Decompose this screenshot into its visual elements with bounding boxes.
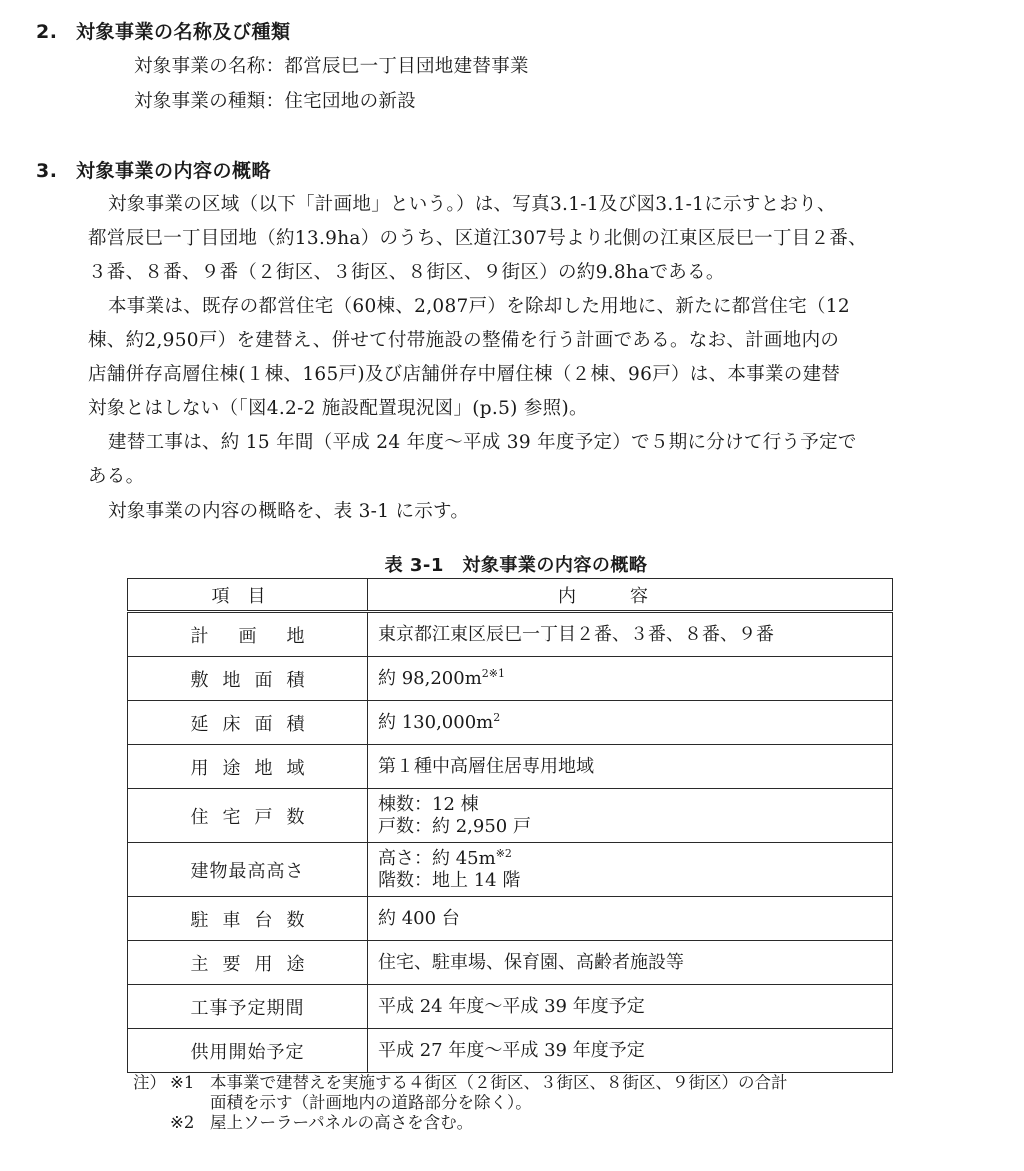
- table-row: 供用開始予定 平成 27 年度～平成 39 年度予定: [128, 1029, 893, 1073]
- column-header-content: 内容: [368, 579, 893, 612]
- table-row: 住宅戸数 棟数：12 棟 戸数：約 2,950 戸: [128, 789, 893, 843]
- row-value: 高さ：約 45m※2 階数：地上 14 階: [368, 843, 893, 897]
- row-value: 約 98,200m2※1: [368, 657, 893, 701]
- summary-table: 項目 内容 計画地 東京都江東区辰巳一丁目２番、３番、８番、９番 敷地面積 約 …: [127, 578, 893, 1073]
- section-number: 3.: [36, 160, 76, 182]
- paragraph-line: ３番、８番、９番（２街区、３街区、８街区、９街区）の約9.8haである。: [88, 258, 725, 284]
- paragraph-line: 対象事業の内容の概略を、表 3-1 に示す。: [108, 497, 469, 523]
- section-title: 対象事業の名称及び種類: [76, 21, 291, 43]
- paragraph-line: 棟、約2,950戸）を建替え、併せて付帯施設の整備を行う計画である。なお、計画地…: [88, 326, 839, 352]
- table-row: 延床面積 約 130,000m2: [128, 701, 893, 745]
- row-label: 工事予定期間: [128, 985, 368, 1029]
- section-2-heading: 2.対象事業の名称及び種類: [36, 17, 291, 44]
- row-label: 計画地: [128, 612, 368, 657]
- project-type-line: 対象事業の種類：住宅団地の新設: [134, 87, 416, 113]
- table-row: 建物最高高さ 高さ：約 45m※2 階数：地上 14 階: [128, 843, 893, 897]
- value-line: 戸数：約 2,950 戸: [378, 816, 892, 838]
- project-name-line: 対象事業の名称：都営辰巳一丁目団地建替事業: [134, 52, 529, 78]
- table-notes: 注） ※1 本事業で建替えを実施する４街区（２街区、３街区、８街区、９街区）の合…: [133, 1073, 788, 1133]
- value-line: 棟数：12 棟: [378, 794, 892, 816]
- row-value: 平成 27 年度～平成 39 年度予定: [368, 1029, 893, 1073]
- note-mark: ※2: [133, 1113, 210, 1133]
- paragraph-line: 対象事業の区域（以下「計画地」という。）は、写真3.1-1及び図3.1-1に示す…: [108, 190, 836, 216]
- table-row: 計画地 東京都江東区辰巳一丁目２番、３番、８番、９番: [128, 612, 893, 657]
- table-row: 主要用途 住宅、駐車場、保育園、高齢者施設等: [128, 941, 893, 985]
- document-page: 2.対象事業の名称及び種類 対象事業の名称：都営辰巳一丁目団地建替事業 対象事業…: [0, 0, 1024, 1171]
- row-value: 東京都江東区辰巳一丁目２番、３番、８番、９番: [368, 612, 893, 657]
- paragraph-line: 都営辰巳一丁目団地（約13.9ha）のうち、区道江307号より北側の江東区辰巳一…: [88, 224, 867, 250]
- row-value: 約 400 台: [368, 897, 893, 941]
- row-value: 平成 24 年度～平成 39 年度予定: [368, 985, 893, 1029]
- section-3-heading: 3.対象事業の内容の概略: [36, 156, 271, 183]
- value-line: 高さ：約 45m※2: [378, 848, 892, 870]
- paragraph-line: ある。: [88, 462, 144, 488]
- paragraph-line: 対象とはしない（「図4.2-2 施設配置現況図」(p.5) 参照)。: [88, 394, 588, 420]
- paragraph-line: 本事業は、既存の都営住宅（60棟、2,087戸）を除却した用地に、新たに都営住宅…: [108, 292, 850, 318]
- row-value: 棟数：12 棟 戸数：約 2,950 戸: [368, 789, 893, 843]
- row-value: 約 130,000m2: [368, 701, 893, 745]
- table-header-row: 項目 内容: [128, 579, 893, 612]
- paragraph-line: 店舗併存高層住棟(１棟、165戸)及び店舗併存中層住棟（２棟、96戸）は、本事業…: [88, 360, 840, 386]
- section-title: 対象事業の内容の概略: [76, 160, 271, 182]
- footnote-ref: 2※1: [482, 667, 505, 680]
- row-label: 建物最高高さ: [128, 843, 368, 897]
- row-label: 用途地域: [128, 745, 368, 789]
- section-number: 2.: [36, 21, 76, 43]
- table-caption: 表 3-1 対象事業の内容の概略: [0, 551, 1024, 577]
- column-header-item: 項目: [128, 579, 368, 612]
- note-text: 屋上ソーラーパネルの高さを含む。: [210, 1113, 473, 1133]
- note-1-continuation: 面積を示す（計画地内の道路部分を除く）。: [133, 1093, 788, 1113]
- notes-label: 注）: [133, 1073, 170, 1093]
- table-row: 駐車台数 約 400 台: [128, 897, 893, 941]
- value-line: 階数：地上 14 階: [378, 870, 892, 892]
- footnote-ref: ※2: [496, 847, 512, 860]
- table-row: 工事予定期間 平成 24 年度～平成 39 年度予定: [128, 985, 893, 1029]
- row-label: 敷地面積: [128, 657, 368, 701]
- paragraph-line: 建替工事は、約 15 年間（平成 24 年度～平成 39 年度予定）で５期に分け…: [108, 428, 857, 454]
- row-label: 主要用途: [128, 941, 368, 985]
- note-1: 注） ※1 本事業で建替えを実施する４街区（２街区、３街区、８街区、９街区）の合…: [133, 1073, 788, 1093]
- row-value: 住宅、駐車場、保育園、高齢者施設等: [368, 941, 893, 985]
- note-mark: ※1: [170, 1073, 210, 1093]
- row-label: 延床面積: [128, 701, 368, 745]
- table-row: 敷地面積 約 98,200m2※1: [128, 657, 893, 701]
- row-label: 供用開始予定: [128, 1029, 368, 1073]
- row-value: 第１種中高層住居専用地域: [368, 745, 893, 789]
- superscript: 2: [493, 711, 500, 724]
- row-label: 駐車台数: [128, 897, 368, 941]
- row-label: 住宅戸数: [128, 789, 368, 843]
- note-text: 本事業で建替えを実施する４街区（２街区、３街区、８街区、９街区）の合計: [210, 1073, 788, 1093]
- table-row: 用途地域 第１種中高層住居専用地域: [128, 745, 893, 789]
- note-2: ※2 屋上ソーラーパネルの高さを含む。: [133, 1113, 788, 1133]
